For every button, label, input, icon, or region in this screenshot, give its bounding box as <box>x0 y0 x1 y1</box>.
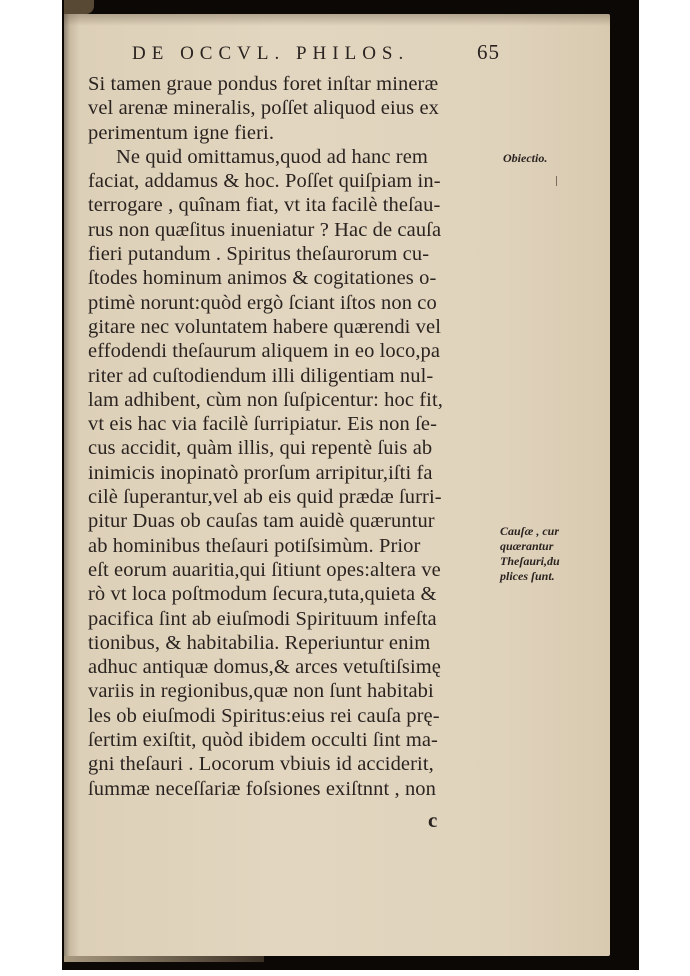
text-line: riter ad cuſtodiendum illi diligentiam n… <box>88 364 508 388</box>
text-line: vel arenæ mineralis, poſſet aliquod eius… <box>88 96 508 120</box>
text-line: pitur Duas ob cauſas tam auidè quæruntur <box>88 509 508 533</box>
text-line: gitare nec voluntatem habere quærendi ve… <box>88 315 508 339</box>
text-line: cilè ſuperantur,vel ab eis quid prædæ ſu… <box>88 485 508 509</box>
page-corner-shadow <box>64 0 94 14</box>
marginal-line: plices ſunt. <box>500 569 580 584</box>
text-line: cus accidit, quàm illis, qui repentè ſui… <box>88 436 508 460</box>
page-number: 65 <box>477 40 500 65</box>
text-line: Si tamen graue pondus foret inſtar miner… <box>88 72 508 96</box>
text-line: ſtodes hominum animos & cogitationes o- <box>88 266 508 290</box>
text-line: variis in regionibus,quæ non ſunt habita… <box>88 679 508 703</box>
text-line: adhuc antiquæ domus,& arces vetuſtiſsimę <box>88 655 508 679</box>
text-line: rò vt loca poſtmodum ſecura,tuta,quieta … <box>88 582 508 606</box>
text-line: perimentum igne fieri. <box>88 121 508 145</box>
text-line: gni theſauri . Locorum vbiuis id accider… <box>88 752 508 776</box>
marginal-note-objection: Obiectio. <box>503 151 547 166</box>
marginal-line: quærantur <box>500 539 580 554</box>
text-line: tionibus, & habitabilia. Reperiuntur eni… <box>88 631 508 655</box>
text-line: lam adhibent, cùm non ſuſpicentur: hoc f… <box>88 388 508 412</box>
text-line: eſt eorum auaritia,qui ſitiunt opes:alte… <box>88 558 508 582</box>
text-line: ptimè norunt:quòd ergò ſciant iſtos non … <box>88 291 508 315</box>
marginal-line: Cauſæ , cur <box>500 524 580 539</box>
text-line: effodendi theſaurum aliquem in eo loco,p… <box>88 339 508 363</box>
text-line: terrogare , quînam fiat, vt ita facilè t… <box>88 193 508 217</box>
text-line: pacifica ſint ab eiuſmodi Spirituum infe… <box>88 607 508 631</box>
text-line: ſertim exiſtit, quòd ibidem occulti ſint… <box>88 728 508 752</box>
text-line: ſummæ neceſſariæ foſsiones exiſtnnt , no… <box>88 777 508 801</box>
catchword: c <box>428 808 437 833</box>
page-bottom-edge <box>64 956 264 962</box>
text-line: Ne quid omittamus,quod ad hanc rem <box>88 145 508 169</box>
text-line: faciat, addamus & hoc. Poſſet quiſpiam i… <box>88 169 508 193</box>
text-line: fieri putandum . Spiritus theſaurorum cu… <box>88 242 508 266</box>
marginal-note-causes: Cauſæ , cur quærantur Theſauri,du plices… <box>500 524 580 584</box>
text-line: les ob eiuſmodi Spiritus:eius rei cauſa … <box>88 704 508 728</box>
text-line: rus non quæſitus inueniatur ? Hac de cau… <box>88 218 508 242</box>
running-head-title: DE OCCVL. PHILOS. <box>132 43 409 65</box>
text-line: vt eis hac via facilè ſurripiatur. Eis n… <box>88 412 508 436</box>
main-text: DE OCCVL. PHILOS. 65 Si tamen graue pond… <box>88 40 508 801</box>
running-head: DE OCCVL. PHILOS. 65 <box>88 40 508 70</box>
text-line: ab hominibus theſauri potiſsimùm. Prior <box>88 534 508 558</box>
print-mark <box>556 176 557 186</box>
text-line: inimicis inopinatò prorſum arripitur,iſt… <box>88 461 508 485</box>
marginal-line: Theſauri,du <box>500 554 580 569</box>
